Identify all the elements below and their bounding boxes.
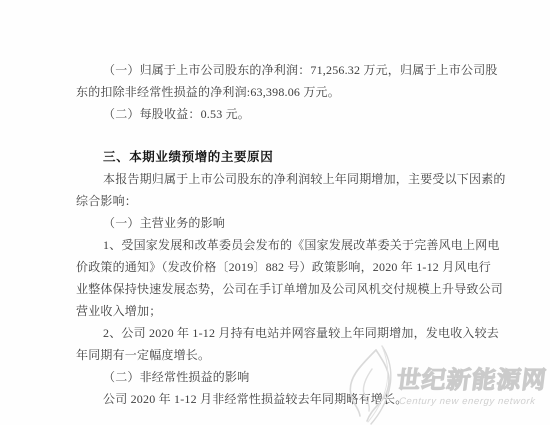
power-station-line-1: 2、公司 2020 年 1-12 月持有电站并网容量较上年同期增加，发电收入较去 <box>76 322 478 344</box>
policy-impact-line-2: 价政策的通知》（发改价格〔2019〕882 号）政策影响，2020 年 1-12… <box>76 256 478 278</box>
announcement-text: （一）归属于上市公司股东的净利润：71,256.32 万元，归属于上市公司股 东… <box>76 59 478 410</box>
section-heading: 三、本期业绩预增的主要原因 <box>76 146 478 168</box>
document-page: （一）归属于上市公司股东的净利润：71,256.32 万元，归属于上市公司股 东… <box>0 0 550 425</box>
policy-impact-line-3: 业整体保持快速发展态势，公司在手订单增加及公司风机交付规模上升导致公司 <box>76 278 478 300</box>
net-profit-line: （一）归属于上市公司股东的净利润：71,256.32 万元，归属于上市公司股 <box>76 59 478 81</box>
main-business-subheading: （一）主营业务的影响 <box>76 212 478 234</box>
non-recurring-line: 公司 2020 年 1-12 月非经常性损益较去年同期略有增长。 <box>76 388 478 410</box>
deducted-net-profit-line: 东的扣除非经常性损益的净利润:63,398.06 万元。 <box>76 81 478 103</box>
reason-intro-line-2: 综合影响： <box>76 190 478 212</box>
eps-line: （二）每股收益：0.53 元。 <box>76 103 478 125</box>
non-recurring-subheading: （二）非经常性损益的影响 <box>76 366 478 388</box>
power-station-line-2: 年同期有一定幅度增长。 <box>76 344 478 366</box>
reason-intro-line-1: 本报告期归属于上市公司股东的净利润较上年同期增加，主要受以下因素的 <box>76 168 478 190</box>
policy-impact-line-4: 营业收入增加； <box>76 300 478 322</box>
policy-impact-line-1: 1、受国家发展和改革委员会发布的《国家发展改革委关于完善风电上网电 <box>76 234 478 256</box>
